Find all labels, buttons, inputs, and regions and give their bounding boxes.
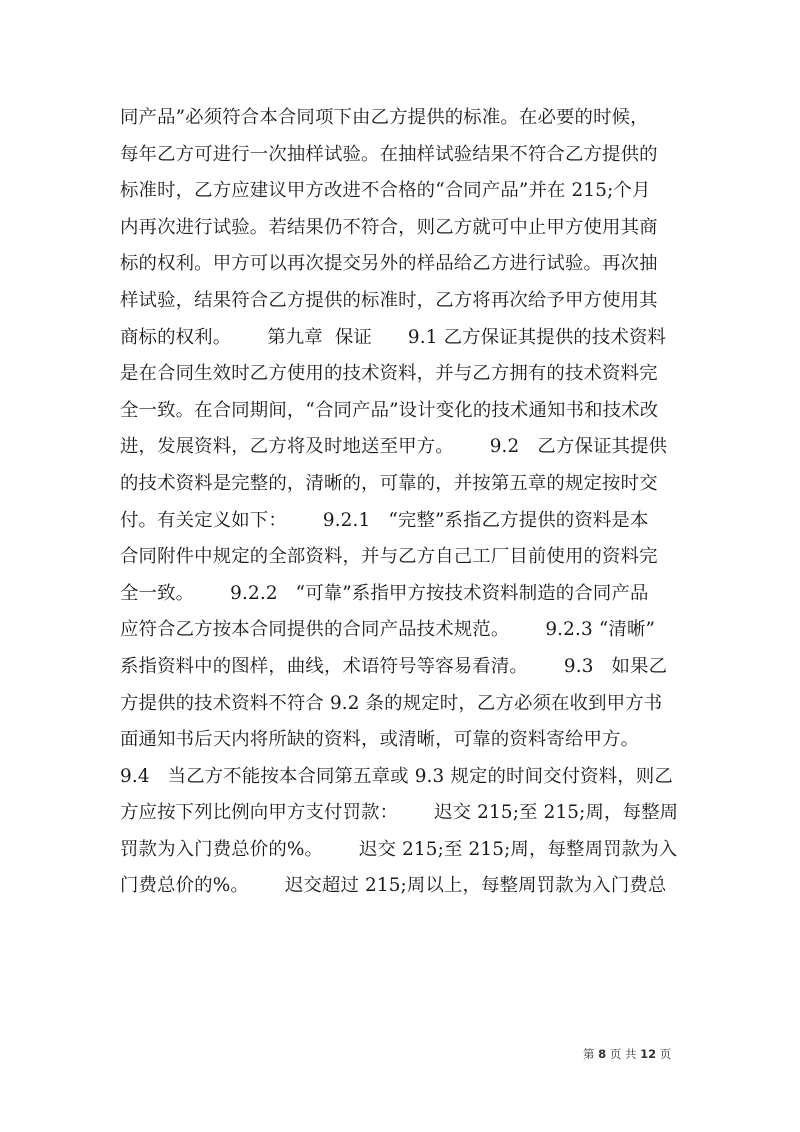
total-pages-number: 12	[640, 1047, 656, 1061]
text-line: 门费总价的%。 迟交超过 215;周以上，每整周罚款为入门费总	[120, 868, 680, 905]
text-line: 系指资料中的图样，曲线，术语符号等容易看清。 9.3 如果乙	[120, 649, 680, 686]
text-line: 标的权利。甲方可以再次提交另外的样品给乙方进行试验。再次抽	[120, 246, 680, 283]
text-line: 商标的权利。 第九章 保证 9.1 乙方保证其提供的技术资料	[120, 320, 680, 357]
text-line: 内再次进行试验。若结果仍不符合，则乙方就可中止甲方使用其商	[120, 210, 680, 247]
footer-prefix: 第	[583, 1047, 598, 1061]
text-line: 全一致。在合同期间，“合同产品”设计变化的技术通知书和技术改	[120, 393, 680, 430]
text-line: 每年乙方可进行一次抽样试验。在抽样试验结果不符合乙方提供的	[120, 137, 680, 174]
document-page: 同产品”必须符合本合同项下由乙方提供的标准。在必要的时候， 每年乙方可进行一次抽…	[0, 0, 800, 1132]
text-line: 应符合乙方按本合同提供的合同产品技术规范。 9.2.3 “清晰”	[120, 612, 680, 649]
text-line: 样试验，结果符合乙方提供的标准时，乙方将再次给予甲方使用其	[120, 283, 680, 320]
text-line: 方应按下列比例向甲方支付罚款： 迟交 215;至 215;周，每整周	[120, 795, 680, 832]
text-line: 9.4 当乙方不能按本合同第五章或 9.3 规定的时间交付资料，则乙	[120, 759, 680, 796]
text-line: 罚款为入门费总价的%。 迟交 215;至 215;周，每整周罚款为入	[120, 832, 680, 869]
footer-suffix: 页	[656, 1047, 671, 1061]
text-line: 合同附件中规定的全部资料，并与乙方自己工厂目前使用的资料完	[120, 539, 680, 576]
footer-middle: 页 共	[606, 1047, 640, 1061]
text-line: 付。有关定义如下： 9.2.1 “完整”系指乙方提供的资料是本	[120, 503, 680, 540]
text-line: 方提供的技术资料不符合 9.2 条的规定时，乙方必须在收到甲方书	[120, 686, 680, 723]
page-number-footer: 第 8 页 共 12 页	[583, 1046, 671, 1062]
text-line: 是在合同生效时乙方使用的技术资料，并与乙方拥有的技术资料完	[120, 356, 680, 393]
current-page-number: 8	[598, 1047, 606, 1061]
text-line: 进，发展资料，乙方将及时地送至甲方。 9.2 乙方保证其提供	[120, 429, 680, 466]
text-line: 面通知书后天内将所缺的资料，或清晰，可靠的资料寄给甲方。	[120, 722, 680, 759]
body-text: 同产品”必须符合本合同项下由乙方提供的标准。在必要的时候， 每年乙方可进行一次抽…	[120, 100, 680, 905]
text-line: 的技术资料是完整的，清晰的，可靠的，并按第五章的规定按时交	[120, 466, 680, 503]
text-line: 同产品”必须符合本合同项下由乙方提供的标准。在必要的时候，	[120, 100, 680, 137]
text-line: 全一致。 9.2.2 “可靠”系指甲方按技术资料制造的合同产品	[120, 576, 680, 613]
text-line: 标准时，乙方应建议甲方改进不合格的“合同产品”并在 215;个月	[120, 173, 680, 210]
